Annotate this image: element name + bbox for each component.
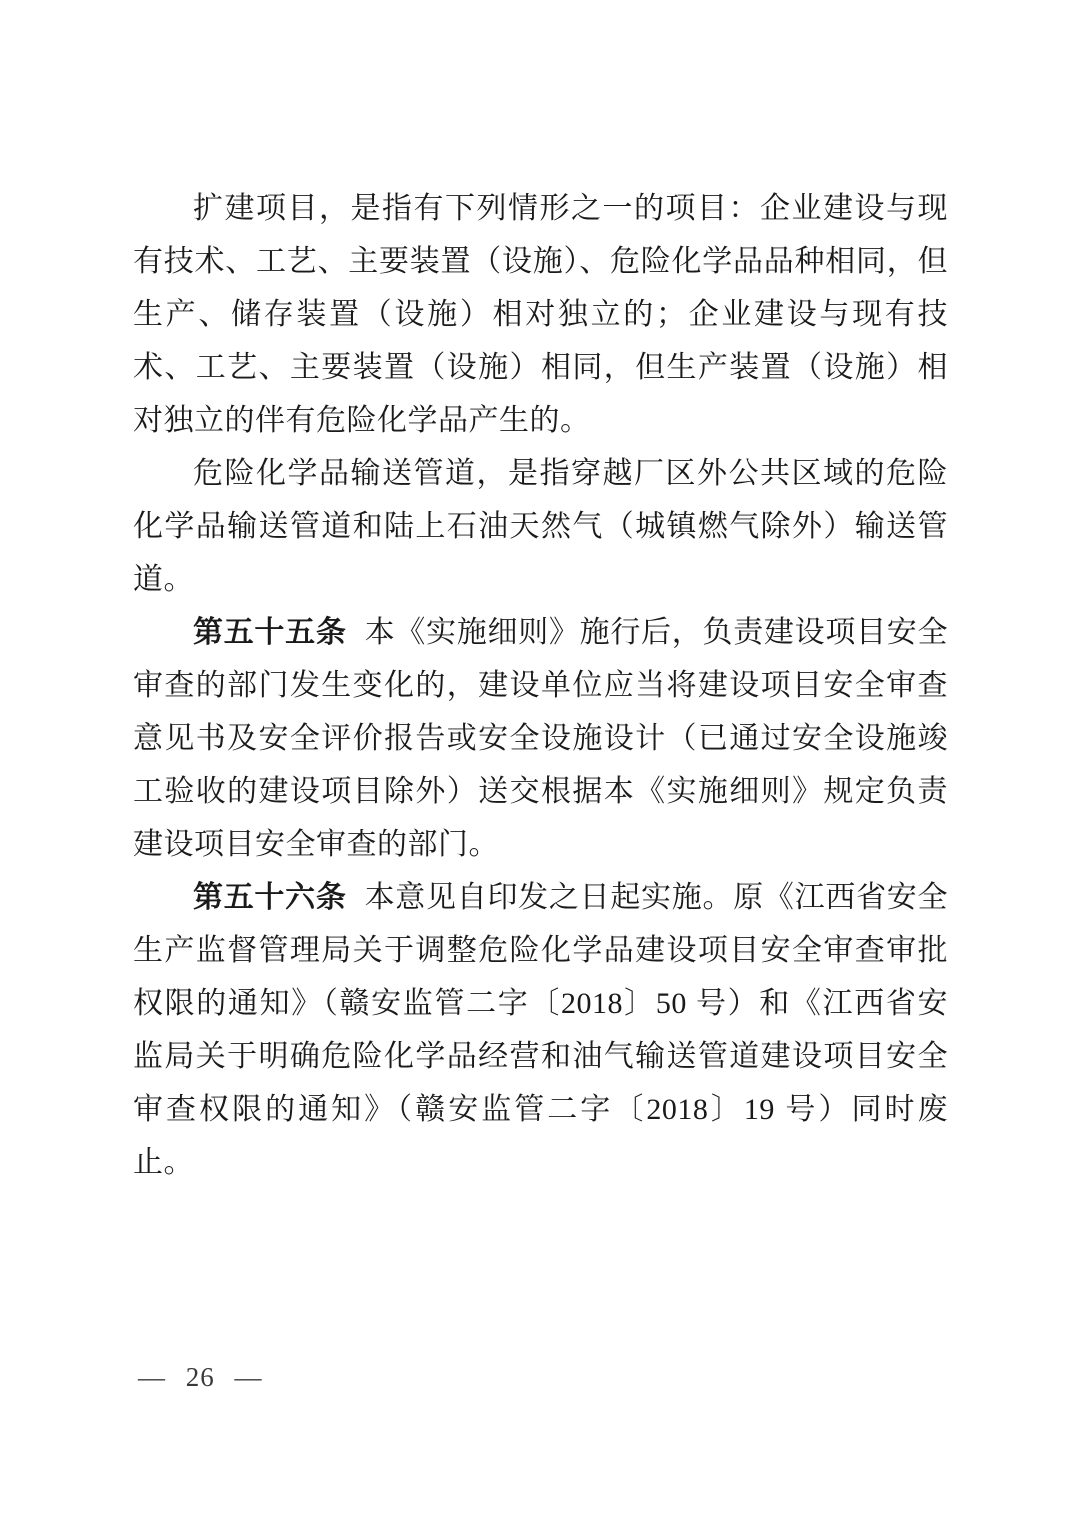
paragraph-text: 本意见自印发之日起实施。原《江西省安全生产监督管理局关于调整危险化学品建设项目安… (133, 881, 948, 1179)
paragraph-text: 危险化学品输送管道，是指穿越厂区外公共区域的危险化学品输送管道和陆上石油天然气（… (133, 457, 948, 596)
paragraph: 扩建项目，是指有下列情形之一的项目：企业建设与现有技术、工艺、主要装置（设施）、… (133, 182, 948, 447)
paragraph: 危险化学品输送管道，是指穿越厂区外公共区域的危险化学品输送管道和陆上石油天然气（… (133, 447, 948, 606)
paragraph: 第五十六条本意见自印发之日起实施。原《江西省安全生产监督管理局关于调整危险化学品… (133, 871, 948, 1189)
article-number: 第五十五条 (193, 616, 347, 649)
article-number: 第五十六条 (193, 881, 347, 914)
document-body: 扩建项目，是指有下列情形之一的项目：企业建设与现有技术、工艺、主要装置（设施）、… (133, 182, 948, 1189)
page-number: — 26 — (138, 1362, 263, 1393)
paragraph-text: 扩建项目，是指有下列情形之一的项目：企业建设与现有技术、工艺、主要装置（设施）、… (133, 192, 948, 437)
paragraph: 第五十五条本《实施细则》施行后，负责建设项目安全审查的部门发生变化的，建设单位应… (133, 606, 948, 871)
document-page: 扩建项目，是指有下列情形之一的项目：企业建设与现有技术、工艺、主要装置（设施）、… (0, 0, 1080, 1527)
paragraph-text: 本《实施细则》施行后，负责建设项目安全审查的部门发生变化的，建设单位应当将建设项… (133, 616, 948, 861)
